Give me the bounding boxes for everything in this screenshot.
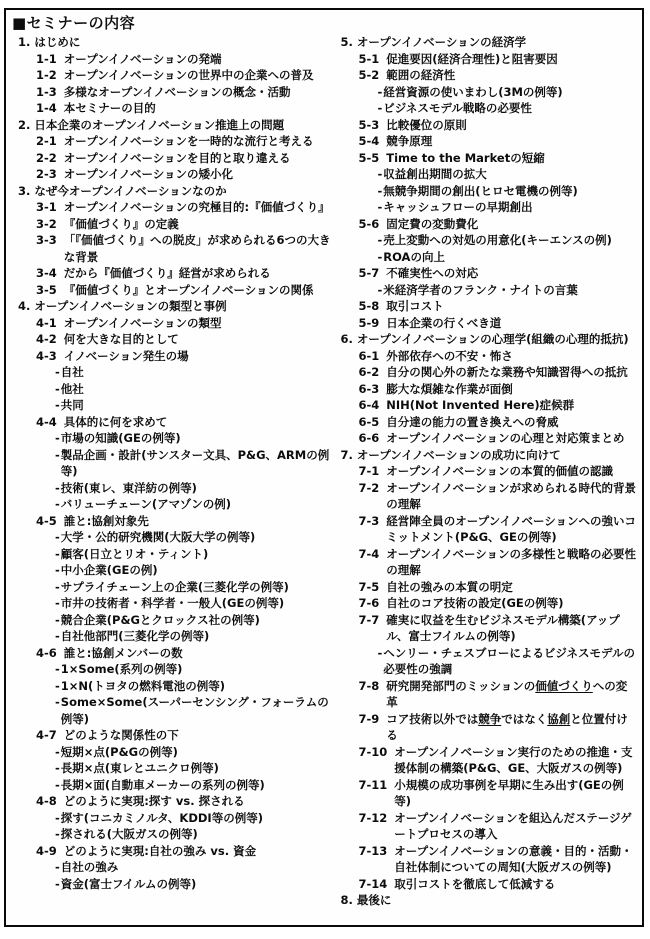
toc-item-number: 1-2: [36, 67, 57, 84]
toc-item-number: 5-6: [358, 216, 379, 233]
toc-item: 7-9 コア技術以外では競争ではなく協創と位置付ける: [358, 711, 638, 744]
toc-item: - ROAの向上: [377, 249, 638, 266]
toc-item: - 顧客(日立とリオ・ティント): [55, 546, 332, 563]
toc-item-text: 確実に収益を生むビジネスモデル構築(アップル、富士フイルムの例等): [386, 612, 638, 645]
toc-item: 5-8 取引コスト: [358, 298, 638, 315]
toc-item-text: 中小企業(GEの例): [61, 562, 333, 579]
toc-item: 7-11 小規模の成功事例を早期に生み出す(GEの例等): [358, 777, 638, 810]
toc-column-left: 1. はじめに 1-1 オープンイノベーションの発端 1-2 オープンイノベーシ…: [12, 34, 332, 892]
toc-item-text: 多様なオープンイノベーションの概念・活動: [64, 84, 333, 101]
toc-item-number: 5-4: [358, 133, 379, 150]
toc-item: 1-1 オープンイノベーションの発端: [36, 51, 332, 68]
toc-item-number: -: [377, 282, 382, 299]
toc-item-text: オープンイノベーションの意義・目的・活動・自社体制についての周知(大阪ガスの例等…: [394, 843, 638, 876]
page-border-frame: ■セミナーの内容 1. はじめに 1-1 オープンイノベーションの発端 1-2 …: [4, 8, 644, 927]
toc-item: 5. オープンイノベーションの経済学: [340, 34, 638, 51]
toc-item: 5-7 不確実性への対応: [358, 265, 638, 282]
toc-item-text: 自社の強み: [61, 859, 333, 876]
toc-item: 5-1 促進要因(経済合理性)と阻害要因: [358, 51, 638, 68]
toc-item: 3-4 だから『価値づくり』経営が求められる: [36, 265, 332, 282]
toc-item: 3-5 『価値づくり』とオープンイノベーションの関係: [36, 282, 332, 299]
toc-item: - ビジネスモデル戦略の必要性: [377, 100, 638, 117]
toc-item-text: オープンイノベーションが求められる時代的背景の理解: [386, 480, 638, 513]
toc-item-number: 7-5: [358, 579, 379, 596]
toc-item-number: -: [55, 859, 60, 876]
toc-item: 3-2 『価値づくり』の定義: [36, 216, 332, 233]
toc-item-text: 自社他部門(三菱化学の例等): [61, 628, 333, 645]
toc-item-number: -: [55, 546, 60, 563]
toc-item-number: -: [55, 694, 60, 711]
toc-item-text: 誰と:協創対象先: [64, 513, 333, 530]
toc-item-number: 6-2: [358, 364, 379, 381]
page-title: ■セミナーの内容: [12, 13, 640, 34]
toc-item: 4-3 イノベーション発生の場: [36, 348, 332, 365]
toc-item-text: 1×Some(系列の例等): [61, 661, 333, 678]
toc-item-number: -: [55, 480, 60, 497]
toc-item-number: 6-3: [358, 381, 379, 398]
toc-item-number: 7.: [340, 447, 352, 464]
toc-item-number: 4-4: [36, 414, 57, 431]
toc-item: 7-3 経営陣全員のオープンイノベーションへの強いコミットメント(P&G、GEの…: [358, 513, 638, 546]
toc-item-number: 1-1: [36, 51, 57, 68]
toc-item-text: ROAの向上: [383, 249, 638, 266]
toc-item-number: 1-4: [36, 100, 57, 117]
toc-item-text: オープンイノベーションを一時的な流行と考える: [64, 133, 333, 150]
toc-item-number: -: [55, 777, 60, 794]
toc-item-text: なぜ今オープンイノベーションなのか: [34, 183, 332, 200]
toc-item-number: 6-5: [358, 414, 379, 431]
toc-item-text: 短期×点(P&Gの例等): [61, 744, 333, 761]
toc-item-text: ビジネスモデル戦略の必要性: [383, 100, 638, 117]
toc-item: 4-4 具体的に何を求めて: [36, 414, 332, 431]
toc-item-text: 取引コストを徹底して低減する: [394, 876, 638, 893]
toc-item: 6-2 自分の関心外の新たな業務や知識習得への抵抗: [358, 364, 638, 381]
toc-item: 4-7 どのような関係性の下: [36, 727, 332, 744]
toc-item-text: 資金(富士フイルムの例等): [61, 876, 333, 893]
toc-item-number: 4-9: [36, 843, 57, 860]
toc-item: 6. オープンイノベーションの心理学(組織の心理的抵抗): [340, 331, 638, 348]
toc-item: - 経営資源の使いまわし(3Mの例等): [377, 84, 638, 101]
toc-item: 1-3 多様なオープンイノベーションの概念・活動: [36, 84, 332, 101]
toc-item: 7-1 オープンイノベーションの本質的価値の認識: [358, 463, 638, 480]
toc-item-number: -: [55, 397, 60, 414]
toc-item: - 技術(東レ、東洋紡の例等): [55, 480, 332, 497]
toc-item: - 長期×面(自動車メーカーの系列の例等): [55, 777, 332, 794]
toc-item-number: 6-1: [358, 348, 379, 365]
toc-item-number: 3-3: [36, 232, 57, 249]
toc-item-text: 最後に: [357, 892, 638, 909]
toc-item: 2-1 オープンイノベーションを一時的な流行と考える: [36, 133, 332, 150]
toc-item-text: 何を大きな目的として: [64, 331, 333, 348]
toc-item-number: -: [55, 595, 60, 612]
toc-item: - 1×Some(系列の例等): [55, 661, 332, 678]
toc-item-text: オープンイノベーションを組込んだステージゲートプロセスの導入: [394, 810, 638, 843]
toc-item-text: オープンイノベーションの経済学: [357, 34, 638, 51]
toc-item-number: -: [55, 678, 60, 695]
toc-item-number: 4-1: [36, 315, 57, 332]
toc-item-text: Time to the Marketの短縮: [386, 150, 638, 167]
toc-item-text: オープンイノベーション実行のための推進・支援体制の構築(P&G、GE、大阪ガスの…: [394, 744, 638, 777]
toc-item-number: 7-14: [358, 876, 387, 893]
toc-item-number: -: [55, 430, 60, 447]
toc-item-number: 7-6: [358, 595, 379, 612]
toc-item-text: コア技術以外では競争ではなく協創と位置付ける: [386, 711, 638, 744]
toc-item: 7-6 自社のコア技術の設定(GEの例等): [358, 595, 638, 612]
toc-item-number: -: [55, 628, 60, 645]
toc-item: 4-6 誰と:協創メンバーの数: [36, 645, 332, 662]
toc-item-text: 小規模の成功事例を早期に生み出す(GEの例等): [394, 777, 638, 810]
toc-item-number: -: [377, 199, 382, 216]
toc-item-text: だから『価値づくり』経営が求められる: [64, 265, 333, 282]
toc-item-text: 本セミナーの目的: [64, 100, 333, 117]
toc-item: - 競合企業(P&Gとクロックス社の例等): [55, 612, 332, 629]
toc-item-text: 自分達の能力の置き換えへの脅威: [386, 414, 638, 431]
toc-item-text: 比較優位の原則: [386, 117, 638, 134]
toc-item-number: 4-2: [36, 331, 57, 348]
toc-item-text: 他社: [61, 381, 333, 398]
toc-item-text: 米経済学者のフランク・ナイトの言葉: [383, 282, 638, 299]
toc-item: - 市井の技術者・科学者・一般人(GEの例等): [55, 595, 332, 612]
toc-item-number: 7-1: [358, 463, 379, 480]
toc-item-text: 促進要因(経済合理性)と阻害要因: [386, 51, 638, 68]
toc-item-number: 8.: [340, 892, 352, 909]
toc-item-number: 7-9: [358, 711, 379, 728]
toc-item: 4-1 オープンイノベーションの類型: [36, 315, 332, 332]
toc-item-text: 誰と:協創メンバーの数: [64, 645, 333, 662]
toc-item-text: 研究開発部門のミッションの価値づくりへの変革: [386, 678, 638, 711]
toc-item-number: -: [55, 826, 60, 843]
toc-item: 4. オープンイノベーションの類型と事例: [18, 298, 332, 315]
toc-column-right: 5. オープンイノベーションの経済学 5-1 促進要因(経済合理性)と阻害要因 …: [332, 34, 640, 909]
toc-item: - 売上変動への対処の用意化(キーエンスの例): [377, 232, 638, 249]
toc-item: - 短期×点(P&Gの例等): [55, 744, 332, 761]
toc-item: 7-14 取引コストを徹底して低減する: [358, 876, 638, 893]
toc-item-text: オープンイノベーションの矮小化: [64, 166, 333, 183]
toc-item: 4-8 どのように実現:探す vs. 探される: [36, 793, 332, 810]
toc-item-number: 5-3: [358, 117, 379, 134]
toc-item: 6-3 膨大な煩雑な作業が面倒: [358, 381, 638, 398]
toc-item: 5-3 比較優位の原則: [358, 117, 638, 134]
toc-item-text: 技術(東レ、東洋紡の例等): [61, 480, 333, 497]
toc-item-number: -: [55, 612, 60, 629]
toc-item-text: 自分の関心外の新たな業務や知識習得への抵抗: [386, 364, 638, 381]
toc-item-number: 5-9: [358, 315, 379, 332]
toc-item: 2-2 オープンイノベーションを目的と取り違える: [36, 150, 332, 167]
toc-item: 3-3 「『価値づくり』への脱皮」が求められる6つの大きな背景: [36, 232, 332, 265]
toc-item-text: 膨大な煩雑な作業が面倒: [386, 381, 638, 398]
toc-item: - 自社の強み: [55, 859, 332, 876]
toc-item-text: 製品企画・設計(サンスター文具、P&G、ARMの例等): [61, 447, 333, 480]
toc-item-text: キャッシュフローの早期創出: [383, 199, 638, 216]
underlined-term: 価値づくり: [535, 679, 593, 693]
toc-item-number: 5-2: [358, 67, 379, 84]
toc-item-number: 5-8: [358, 298, 379, 315]
toc-item-text: 大学・公的研究機関(大阪大学の例等): [61, 529, 333, 546]
toc-item-text: 『価値づくり』の定義: [64, 216, 333, 233]
toc-item-number: -: [55, 381, 60, 398]
toc-item-number: 6.: [340, 331, 352, 348]
toc-item-text: 「『価値づくり』への脱皮」が求められる6つの大きな背景: [64, 232, 333, 265]
toc-item-text: 顧客(日立とリオ・ティント): [61, 546, 333, 563]
toc-item-text: ヘンリー・チェスブローによるビジネスモデルの必要性の強調: [383, 645, 638, 678]
toc-item: - 自社他部門(三菱化学の例等): [55, 628, 332, 645]
toc-item-text: オープンイノベーションの心理と対応策まとめ: [386, 430, 638, 447]
toc-item-number: 2-3: [36, 166, 57, 183]
toc-item: 4-9 どのように実現:自社の強み vs. 資金: [36, 843, 332, 860]
toc-item: - 長期×点(東レとユニクロ例等): [55, 760, 332, 777]
toc-item: 6-6 オープンイノベーションの心理と対応策まとめ: [358, 430, 638, 447]
toc-item-text: 競合企業(P&Gとクロックス社の例等): [61, 612, 333, 629]
toc-item-number: -: [55, 364, 60, 381]
toc-item-number: -: [377, 645, 382, 662]
toc-item: 6-1 外部依存への不安・怖さ: [358, 348, 638, 365]
toc-item-text: サプライチェーン上の企業(三菱化学の例等): [61, 579, 333, 596]
toc-item: 4-2 何を大きな目的として: [36, 331, 332, 348]
toc-item-text: オープンイノベーションの発端: [64, 51, 333, 68]
toc-item-number: 1-3: [36, 84, 57, 101]
toc-item-text: オープンイノベーションの類型: [64, 315, 333, 332]
toc-item: - 資金(富士フイルムの例等): [55, 876, 332, 893]
toc-item: - Some×Some(スーパーセンシング・フォーラムの例等): [55, 694, 332, 727]
toc-item-text: 『価値づくり』とオープンイノベーションの関係: [64, 282, 333, 299]
toc-item-number: 6-6: [358, 430, 379, 447]
toc-item-text: どのように実現:自社の強み vs. 資金: [64, 843, 333, 860]
toc-item: 7-10 オープンイノベーション実行のための推進・支援体制の構築(P&G、GE、…: [358, 744, 638, 777]
toc-item-number: 2-1: [36, 133, 57, 150]
toc-item: 7-7 確実に収益を生むビジネスモデル構築(アップル、富士フイルムの例等): [358, 612, 638, 645]
toc-item: 7. オープンイノベーションの成功に向けて: [340, 447, 638, 464]
toc-item: - バリューチェーン(アマゾンの例): [55, 496, 332, 513]
toc-item-text: 収益創出期間の拡大: [383, 166, 638, 183]
toc-item-number: 7-12: [358, 810, 387, 827]
toc-item: 4-5 誰と:協創対象先: [36, 513, 332, 530]
toc-item: 7-2 オープンイノベーションが求められる時代的背景の理解: [358, 480, 638, 513]
toc-item-text: 1×N(トヨタの燃料電池の例等): [61, 678, 333, 695]
toc-item-number: 7-3: [358, 513, 379, 530]
toc-item-text: 日本企業の行くべき道: [386, 315, 638, 332]
toc-item-text: 固定費の変動費化: [386, 216, 638, 233]
toc-item: - 1×N(トヨタの燃料電池の例等): [55, 678, 332, 695]
toc-item-number: -: [55, 810, 60, 827]
toc-item-number: -: [377, 84, 382, 101]
toc-item-number: -: [55, 579, 60, 596]
toc-item-text: オープンイノベーションの多様性と戦略の必要性の理解: [386, 546, 638, 579]
toc-item-text: 自社の強みの本質の明定: [386, 579, 638, 596]
toc-item-text: 競争原理: [386, 133, 638, 150]
toc-item-number: 5-5: [358, 150, 379, 167]
toc-item: - 探す(コニカミノルタ、KDDI等の例等): [55, 810, 332, 827]
toc-item-number: -: [377, 249, 382, 266]
toc-item-text: 売上変動への対処の用意化(キーエンスの例): [383, 232, 638, 249]
toc-item: 7-5 自社の強みの本質の明定: [358, 579, 638, 596]
toc-item-text: 長期×面(自動車メーカーの系列の例等): [61, 777, 333, 794]
toc-item-number: 5.: [340, 34, 352, 51]
toc-item-text: 長期×点(東レとユニクロ例等): [61, 760, 333, 777]
toc-item-text: オープンイノベーションの成功に向けて: [357, 447, 638, 464]
toc-item-number: 3-5: [36, 282, 57, 299]
toc-item-number: 5-1: [358, 51, 379, 68]
toc-item-text: NIH(Not Invented Here)症候群: [386, 397, 638, 414]
toc-item: 7-8 研究開発部門のミッションの価値づくりへの変革: [358, 678, 638, 711]
toc-item-text: 共同: [61, 397, 333, 414]
toc-item-number: -: [377, 183, 382, 200]
toc-item-number: -: [55, 744, 60, 761]
toc-item: 5-2 範囲の経済性: [358, 67, 638, 84]
toc-item-number: -: [55, 876, 60, 893]
toc-item: 2. 日本企業のオープンイノベーション推進上の問題: [18, 117, 332, 134]
toc-item-text: オープンイノベーションの本質的価値の認識: [386, 463, 638, 480]
toc-item: 1-4 本セミナーの目的: [36, 100, 332, 117]
toc-item-number: -: [377, 232, 382, 249]
underlined-term: 競争: [478, 712, 501, 726]
toc-item-text: 無競争期間の創出(ヒロセ電機の例等): [383, 183, 638, 200]
toc-item-number: 7-11: [358, 777, 387, 794]
toc-item-text: オープンイノベーションの世界中の企業への普及: [64, 67, 333, 84]
toc-columns: 1. はじめに 1-1 オープンイノベーションの発端 1-2 オープンイノベーシ…: [12, 34, 640, 909]
toc-item-text: 具体的に何を求めて: [64, 414, 333, 431]
toc-item-text: 日本企業のオープンイノベーション推進上の問題: [34, 117, 332, 134]
toc-item-number: 4-6: [36, 645, 57, 662]
toc-item-text: イノベーション発生の場: [64, 348, 333, 365]
toc-item-number: 3-4: [36, 265, 57, 282]
toc-item-text: 自社: [61, 364, 333, 381]
toc-item-number: 3-1: [36, 199, 57, 216]
toc-item-text: バリューチェーン(アマゾンの例): [61, 496, 333, 513]
toc-item: 6-5 自分達の能力の置き換えへの脅威: [358, 414, 638, 431]
toc-item-number: 2-2: [36, 150, 57, 167]
toc-item-number: 7-2: [358, 480, 379, 497]
toc-item-text: オープンイノベーションを目的と取り違える: [64, 150, 333, 167]
toc-item: 7-4 オープンイノベーションの多様性と戦略の必要性の理解: [358, 546, 638, 579]
toc-item-number: 4-7: [36, 727, 57, 744]
toc-item: 8. 最後に: [340, 892, 638, 909]
toc-item: - サプライチェーン上の企業(三菱化学の例等): [55, 579, 332, 596]
toc-item: 5-6 固定費の変動費化: [358, 216, 638, 233]
toc-item: - キャッシュフローの早期創出: [377, 199, 638, 216]
toc-item-number: 1.: [18, 34, 30, 51]
toc-item-number: 7-4: [358, 546, 379, 563]
toc-item: - 他社: [55, 381, 332, 398]
toc-item: - 中小企業(GEの例): [55, 562, 332, 579]
toc-item: 5-9 日本企業の行くべき道: [358, 315, 638, 332]
toc-item-text: オープンイノベーションの心理学(組織の心理的抵抗): [357, 331, 638, 348]
toc-item-text: 経営陣全員のオープンイノベーションへの強いコミットメント(P&G、GEの例等): [386, 513, 638, 546]
document-page: ■セミナーの内容 1. はじめに 1-1 オープンイノベーションの発端 1-2 …: [0, 0, 650, 939]
toc-item-number: 4.: [18, 298, 30, 315]
toc-item: 3. なぜ今オープンイノベーションなのか: [18, 183, 332, 200]
toc-item-text: 自社のコア技術の設定(GEの例等): [386, 595, 638, 612]
toc-item-number: -: [55, 661, 60, 678]
toc-item-number: 7-8: [358, 678, 379, 695]
toc-item-text: 探す(コニカミノルタ、KDDI等の例等): [61, 810, 333, 827]
toc-item-text: どのように実現:探す vs. 探される: [64, 793, 333, 810]
toc-item-number: 7-7: [358, 612, 379, 629]
toc-item-number: -: [55, 496, 60, 513]
toc-item-number: -: [55, 760, 60, 777]
toc-item: - 収益創出期間の拡大: [377, 166, 638, 183]
toc-item-text: 外部依存への不安・怖さ: [386, 348, 638, 365]
toc-item-text: 経営資源の使いまわし(3Mの例等): [383, 84, 638, 101]
toc-item: 5-4 競争原理: [358, 133, 638, 150]
toc-item-text: 市井の技術者・科学者・一般人(GEの例等): [61, 595, 333, 612]
toc-item: 7-13 オープンイノベーションの意義・目的・活動・自社体制についての周知(大阪…: [358, 843, 638, 876]
toc-item-text: 不確実性への対応: [386, 265, 638, 282]
toc-item-text: 探される(大阪ガスの例等): [61, 826, 333, 843]
toc-item: - 市場の知識(GEの例等): [55, 430, 332, 447]
toc-item: - 探される(大阪ガスの例等): [55, 826, 332, 843]
toc-item-text: 取引コスト: [386, 298, 638, 315]
toc-item-text: 範囲の経済性: [386, 67, 638, 84]
toc-item: - 共同: [55, 397, 332, 414]
toc-item: - ヘンリー・チェスブローによるビジネスモデルの必要性の強調: [377, 645, 638, 678]
toc-item: 6-4 NIH(Not Invented Here)症候群: [358, 397, 638, 414]
toc-item-text: 市場の知識(GEの例等): [61, 430, 333, 447]
toc-item-number: 3.: [18, 183, 30, 200]
underlined-term: 協創: [547, 712, 570, 726]
toc-item-number: 4-5: [36, 513, 57, 530]
toc-item: - 無競争期間の創出(ヒロセ電機の例等): [377, 183, 638, 200]
toc-item: 2-3 オープンイノベーションの矮小化: [36, 166, 332, 183]
toc-item: 3-1 オープンイノベーションの究極目的:『価値づくり』: [36, 199, 332, 216]
toc-item-text: オープンイノベーションの究極目的:『価値づくり』: [64, 199, 333, 216]
toc-item-number: 5-7: [358, 265, 379, 282]
toc-item-number: 4-3: [36, 348, 57, 365]
toc-item-number: -: [55, 447, 60, 464]
toc-item-text: どのような関係性の下: [64, 727, 333, 744]
toc-item-number: 7-13: [358, 843, 387, 860]
toc-item-number: -: [377, 166, 382, 183]
toc-item-number: 4-8: [36, 793, 57, 810]
toc-item: - 製品企画・設計(サンスター文具、P&G、ARMの例等): [55, 447, 332, 480]
toc-item: - 自社: [55, 364, 332, 381]
toc-item-number: -: [55, 562, 60, 579]
toc-item: - 大学・公的研究機関(大阪大学の例等): [55, 529, 332, 546]
toc-item: 7-12 オープンイノベーションを組込んだステージゲートプロセスの導入: [358, 810, 638, 843]
toc-item: - 米経済学者のフランク・ナイトの言葉: [377, 282, 638, 299]
toc-item-text: Some×Some(スーパーセンシング・フォーラムの例等): [61, 694, 333, 727]
toc-item: 1-2 オープンイノベーションの世界中の企業への普及: [36, 67, 332, 84]
toc-item-number: 6-4: [358, 397, 379, 414]
toc-item-number: -: [55, 529, 60, 546]
toc-item: 5-5 Time to the Marketの短縮: [358, 150, 638, 167]
toc-item-text: はじめに: [34, 34, 332, 51]
toc-item-number: -: [377, 100, 382, 117]
toc-item-number: 2.: [18, 117, 30, 134]
toc-item-number: 3-2: [36, 216, 57, 233]
toc-item: 1. はじめに: [18, 34, 332, 51]
toc-item-text: オープンイノベーションの類型と事例: [34, 298, 332, 315]
toc-item-number: 7-10: [358, 744, 387, 761]
